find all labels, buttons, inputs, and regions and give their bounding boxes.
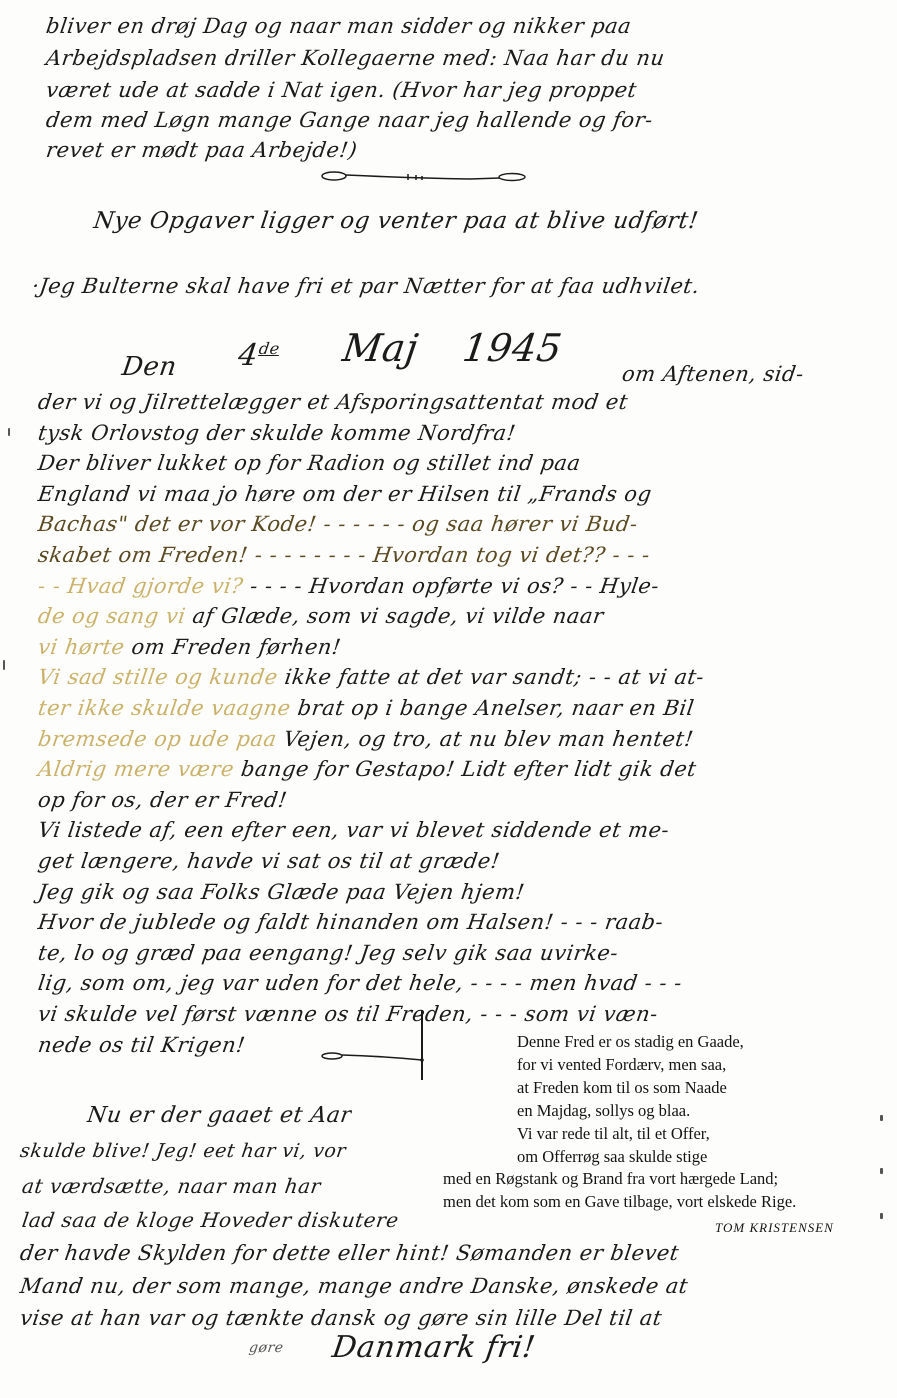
main-line: Aldrig mere være bange for Gestapo! Lidt… [36,753,699,785]
date-month: Maj [340,326,421,370]
opening-line-1: bliver en drøj Dag og naar man sidder og… [44,10,634,42]
flourish-divider-icon [320,166,530,186]
main-line: vi hørte om Freden førhen! [36,631,343,663]
ink-text: af Glæde, som vi sagde, vi vilde naar [191,604,605,628]
closing-line-5: der havde Skylden for dette eller hint! … [18,1237,681,1269]
main-line: nede os til Krigen! [36,1029,247,1061]
ink-text: ikke fatte at det var sandt; - - at vi a… [283,665,706,689]
main-line: - - Hvad gjorde vi? - - - - Hvordan opfø… [36,570,661,602]
opening-line-2: Arbejdspladsen driller Kollegaerne med: … [44,42,667,74]
faded-text: - - Hvad gjorde vi? [37,574,252,598]
centered-line: Nye Opgaver ligger og venter paa at bliv… [92,208,700,234]
date-day: 4de [236,338,281,373]
date-day-number: 4 [236,338,261,373]
faded-text: Aldrig mere være [37,757,243,781]
ink-text: om Freden førhen! [130,635,343,659]
signature-main: Danmark fri! [330,1330,538,1365]
faded-text: bremsede op ude paa [37,727,286,751]
main-line: der vi og Jilrettelægger et Afsporingsat… [36,386,630,418]
ink-text: bange for Gestapo! Lidt efter lidt gik d… [239,757,698,781]
main-line: England vi maa jo høre om der er Hilsen … [36,478,654,510]
closing-line-4: lad saa de kloge Hoveder diskutere [20,1204,401,1236]
main-line: Bachas" det er vor Kode! - - - - - - og … [36,508,640,540]
ink-text: - - - - Hvordan opførte vi os? - - Hyle- [249,574,661,598]
opening-line-3: været ude at sadde i Nat igen. (Hvor har… [44,74,639,106]
date-prefix: Den [120,352,179,382]
main-line: Jeg gik og saa Folks Glæde paa Vejen hje… [36,876,527,908]
main-line: bremsede op ude paa Vejen, og tro, at nu… [36,723,696,755]
margin-mark [880,1168,883,1174]
poem-line-2: for vi vented Fordærv, men saa, [517,1053,726,1077]
margin-mark [880,1213,883,1219]
date-day-suffix: de [258,339,281,358]
closing-line-2: skulde blive! Jeg! eet har vi, vor [18,1135,348,1167]
main-line: skabet om Freden! - - - - - - - - Hvorda… [36,539,652,571]
main-line: tysk Orlovstog der skulde komme Nordfra! [36,417,518,449]
main-line: de og sang vi af Glæde, som vi sagde, vi… [36,600,606,632]
closing-line-6: Mand nu, der som mange, mange andre Dans… [18,1270,690,1302]
closing-line-3: at værdsætte, naar man har [20,1170,323,1202]
date-year: 1945 [460,326,565,370]
opening-line-4: dem med Løgn mange Gange naar jeg hallen… [44,104,655,136]
ink-text: Vejen, og tro, at nu blev man hentet! [282,727,695,751]
poem-clipping-mask [436,1095,876,1235]
ink-text: brat op i bange Anelser, naar en Bil [296,696,696,720]
diary-page: bliver en drøj Dag og naar man sidder og… [0,0,897,1398]
main-line: lig, som om, jeg var uden for det hele, … [36,967,684,999]
second-line: ·Jeg Bulterne skal have fri et par Nætte… [30,270,702,302]
vertical-divider [421,1010,423,1080]
faded-text: vi hørte [37,635,134,659]
main-line: get længere, havde vi sat os til at græd… [36,845,502,877]
poem-line-1: Denne Fred er os stadig en Gaade, [517,1030,744,1054]
main-line: te, lo og græd paa eengang! Jeg selv gik… [36,937,620,969]
signature-prefix: gøre [248,1340,285,1356]
margin-mark [880,1115,883,1121]
closing-flourish-icon [320,1050,425,1066]
margin-mark [3,660,5,670]
main-line: op for os, der er Fred! [36,784,289,816]
margin-mark [8,428,10,436]
main-line: Vi listede af, een efter een, var vi ble… [36,814,671,846]
faded-text: ter ikke skulde vaagne [37,696,300,720]
main-line: Der bliver lukket op for Radion og still… [36,447,583,479]
main-line: ter ikke skulde vaagne brat op i bange A… [36,692,696,724]
main-line: vi skulde vel først vænne os til Freden,… [36,998,660,1030]
main-line: Vi sad stille og kunde ikke fatte at det… [36,661,706,693]
faded-text: de og sang vi [37,604,195,628]
closing-line-1: Nu er der gaaet et Aar [85,1100,354,1132]
main-line: Hvor de jublede og faldt hinanden om Hal… [36,906,666,938]
date-suffix: om Aftenen, sid- [620,358,806,390]
opening-line-5: revet er mødt paa Arbejde!) [44,134,359,166]
faded-text: Vi sad stille og kunde [37,665,287,689]
